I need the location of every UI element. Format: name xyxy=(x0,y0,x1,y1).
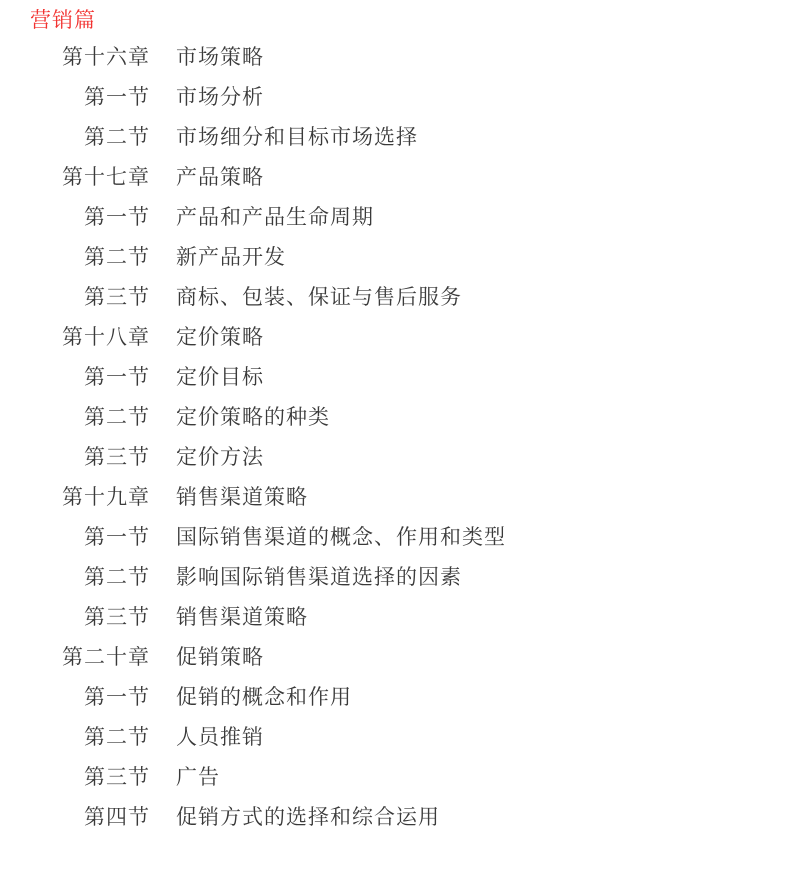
toc-entry-number: 第二节 xyxy=(0,718,150,758)
toc-entry-number: 第一节 xyxy=(0,198,150,238)
toc-entry-title: 市场细分和目标市场选择 xyxy=(176,126,418,149)
toc-entry-title: 销售渠道策略 xyxy=(176,486,308,509)
toc-entry-number: 第一节 xyxy=(0,518,150,558)
toc-entry-title: 促销方式的选择和综合运用 xyxy=(176,806,440,829)
toc-page: 营销篇 第十六章市场策略第一节市场分析第二节市场细分和目标市场选择第十七章产品策… xyxy=(0,0,790,838)
toc-entry-number: 第二十章 xyxy=(0,638,150,678)
toc-entry-number: 第十六章 xyxy=(0,38,150,78)
toc-entry-number: 第十九章 xyxy=(0,478,150,518)
toc-section-row: 第一节促销的概念和作用 xyxy=(0,678,790,718)
toc-entry-title: 产品和产品生命周期 xyxy=(176,206,374,229)
toc-chapter-row: 第十六章市场策略 xyxy=(0,38,790,78)
toc-entry-number: 第十七章 xyxy=(0,158,150,198)
toc-entry-title: 产品策略 xyxy=(176,166,264,189)
toc-entry-title: 定价策略 xyxy=(176,326,264,349)
toc-entry-number: 第三节 xyxy=(0,278,150,318)
toc-entry-title: 人员推销 xyxy=(176,726,264,749)
toc-entry-number: 第二节 xyxy=(0,398,150,438)
toc-entry-number: 第一节 xyxy=(0,78,150,118)
toc-chapter-row: 第十八章定价策略 xyxy=(0,318,790,358)
toc-entry-title: 影响国际销售渠道选择的因素 xyxy=(176,566,462,589)
toc-entry-title: 促销的概念和作用 xyxy=(176,686,352,709)
toc-entry-title: 销售渠道策略 xyxy=(176,606,308,629)
toc-entry-number: 第十八章 xyxy=(0,318,150,358)
toc-entry-title: 定价目标 xyxy=(176,366,264,389)
toc-entry-number: 第三节 xyxy=(0,438,150,478)
toc-chapter-row: 第二十章促销策略 xyxy=(0,638,790,678)
toc-entry-title: 市场策略 xyxy=(176,46,264,69)
toc-chapter-row: 第十七章产品策略 xyxy=(0,158,790,198)
toc-section-row: 第二节市场细分和目标市场选择 xyxy=(0,118,790,158)
toc-entry-number: 第二节 xyxy=(0,558,150,598)
toc-entry-title: 定价方法 xyxy=(176,446,264,469)
toc-section-row: 第三节定价方法 xyxy=(0,438,790,478)
toc-entry-title: 定价策略的种类 xyxy=(176,406,330,429)
toc-section-row: 第一节市场分析 xyxy=(0,78,790,118)
toc-entry-number: 第一节 xyxy=(0,678,150,718)
part-title: 营销篇 xyxy=(0,6,790,36)
toc-section-row: 第一节定价目标 xyxy=(0,358,790,398)
toc-section-row: 第四节促销方式的选择和综合运用 xyxy=(0,798,790,838)
toc-entry-number: 第二节 xyxy=(0,118,150,158)
toc-entry-number: 第二节 xyxy=(0,238,150,278)
toc-entry-number: 第三节 xyxy=(0,758,150,798)
toc-section-row: 第三节销售渠道策略 xyxy=(0,598,790,638)
toc-section-row: 第一节国际销售渠道的概念、作用和类型 xyxy=(0,518,790,558)
toc-section-row: 第二节人员推销 xyxy=(0,718,790,758)
toc-entry-number: 第一节 xyxy=(0,358,150,398)
toc-section-row: 第二节影响国际销售渠道选择的因素 xyxy=(0,558,790,598)
toc-entry-title: 市场分析 xyxy=(176,86,264,109)
toc-chapter-row: 第十九章销售渠道策略 xyxy=(0,478,790,518)
toc-list: 第十六章市场策略第一节市场分析第二节市场细分和目标市场选择第十七章产品策略第一节… xyxy=(0,38,790,838)
toc-entry-title: 广告 xyxy=(176,766,220,789)
toc-section-row: 第一节产品和产品生命周期 xyxy=(0,198,790,238)
toc-section-row: 第二节定价策略的种类 xyxy=(0,398,790,438)
toc-entry-title: 商标、包装、保证与售后服务 xyxy=(176,286,462,309)
toc-entry-title: 国际销售渠道的概念、作用和类型 xyxy=(176,526,506,549)
toc-section-row: 第三节广告 xyxy=(0,758,790,798)
toc-entry-number: 第四节 xyxy=(0,798,150,838)
toc-entry-number: 第三节 xyxy=(0,598,150,638)
toc-entry-title: 新产品开发 xyxy=(176,246,286,269)
toc-section-row: 第二节新产品开发 xyxy=(0,238,790,278)
toc-entry-title: 促销策略 xyxy=(176,646,264,669)
toc-section-row: 第三节商标、包装、保证与售后服务 xyxy=(0,278,790,318)
